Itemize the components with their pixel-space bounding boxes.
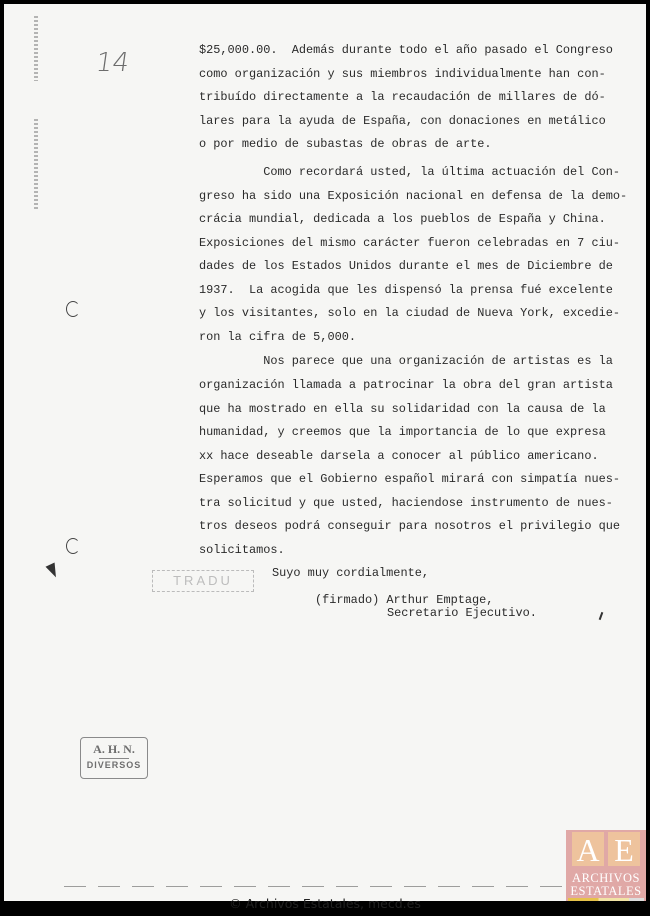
logo-letter-a: A: [572, 832, 604, 866]
text-line: $25,000.00. Además durante todo el año p…: [199, 43, 613, 57]
text-line: greso ha sido una Exposición nacional en…: [199, 189, 627, 203]
punch-hole-icon: [66, 538, 80, 554]
text-line: o por medio de subastas de obras de arte…: [199, 137, 492, 151]
faded-stamp: TRADU: [152, 570, 254, 592]
text-line: tribuído directamente a la recaudación d…: [199, 90, 606, 104]
text-line: Esperamos que el Gobierno español mirará…: [199, 472, 620, 486]
text-line: crácia mundial, dedicada a los pueblos d…: [199, 212, 606, 226]
text-line: tra solicitud y que usted, haciendose in…: [199, 496, 613, 510]
text-line: como organización y sus miembros individ…: [199, 67, 606, 81]
text-line: Como recordará usted, la última actuació…: [199, 165, 620, 179]
signature-title: Secretario Ejecutivo.: [387, 606, 537, 620]
margin-scan-artifact: [34, 16, 38, 81]
text-line: Exposiciones del mismo carácter fueron c…: [199, 236, 620, 250]
ink-mark: [599, 612, 604, 620]
copyright-notice: © Archivos Estatales, mecd.es: [0, 897, 650, 911]
archivos-estatales-logo: A E ARCHIVOS ESTATALES: [566, 830, 646, 901]
document-page: 14 $25,000.00. Además durante todo el añ…: [4, 4, 646, 901]
text-line: dades de los Estados Unidos durante el m…: [199, 259, 613, 273]
scan-dash-artifact: [64, 886, 564, 887]
punch-hole-icon: [66, 301, 80, 317]
text-line: y los visitantes, solo en la ciudad de N…: [199, 306, 620, 320]
text-line: lares para la ayuda de España, con donac…: [199, 114, 606, 128]
archive-stamp-title: A. H. N.: [81, 742, 147, 757]
archive-stamp-subtitle: DIVERSOS: [81, 760, 147, 770]
text-line: tros deseos podrá conseguir para nosotro…: [199, 519, 620, 533]
pointer-mark-icon: [46, 563, 61, 580]
text-line: solicitamos.: [199, 543, 285, 557]
text-line: Nos parece que una organización de artis…: [199, 354, 613, 368]
handwritten-page-number: 14: [94, 48, 131, 78]
closing-line: Suyo muy cordialmente,: [272, 566, 429, 580]
text-line: ron la cifra de 5,000.: [199, 330, 356, 344]
text-line: xx hace deseable darsela a conocer al pú…: [199, 449, 599, 463]
signature-name: (firmado) Arthur Emptage,: [315, 593, 493, 607]
margin-scan-artifact: [34, 119, 38, 209]
archive-stamp: A. H. N. DIVERSOS: [80, 737, 148, 779]
text-line: que ha mostrado en ella su solidaridad c…: [199, 402, 606, 416]
logo-letter-e: E: [608, 832, 640, 866]
text-line: humanidad, y creemos que la importancia …: [199, 425, 606, 439]
archive-stamp-rule: [99, 758, 129, 759]
text-line: organización llamada a patrocinar la obr…: [199, 378, 613, 392]
text-line: 1937. La acogida que les dispensó la pre…: [199, 283, 613, 297]
